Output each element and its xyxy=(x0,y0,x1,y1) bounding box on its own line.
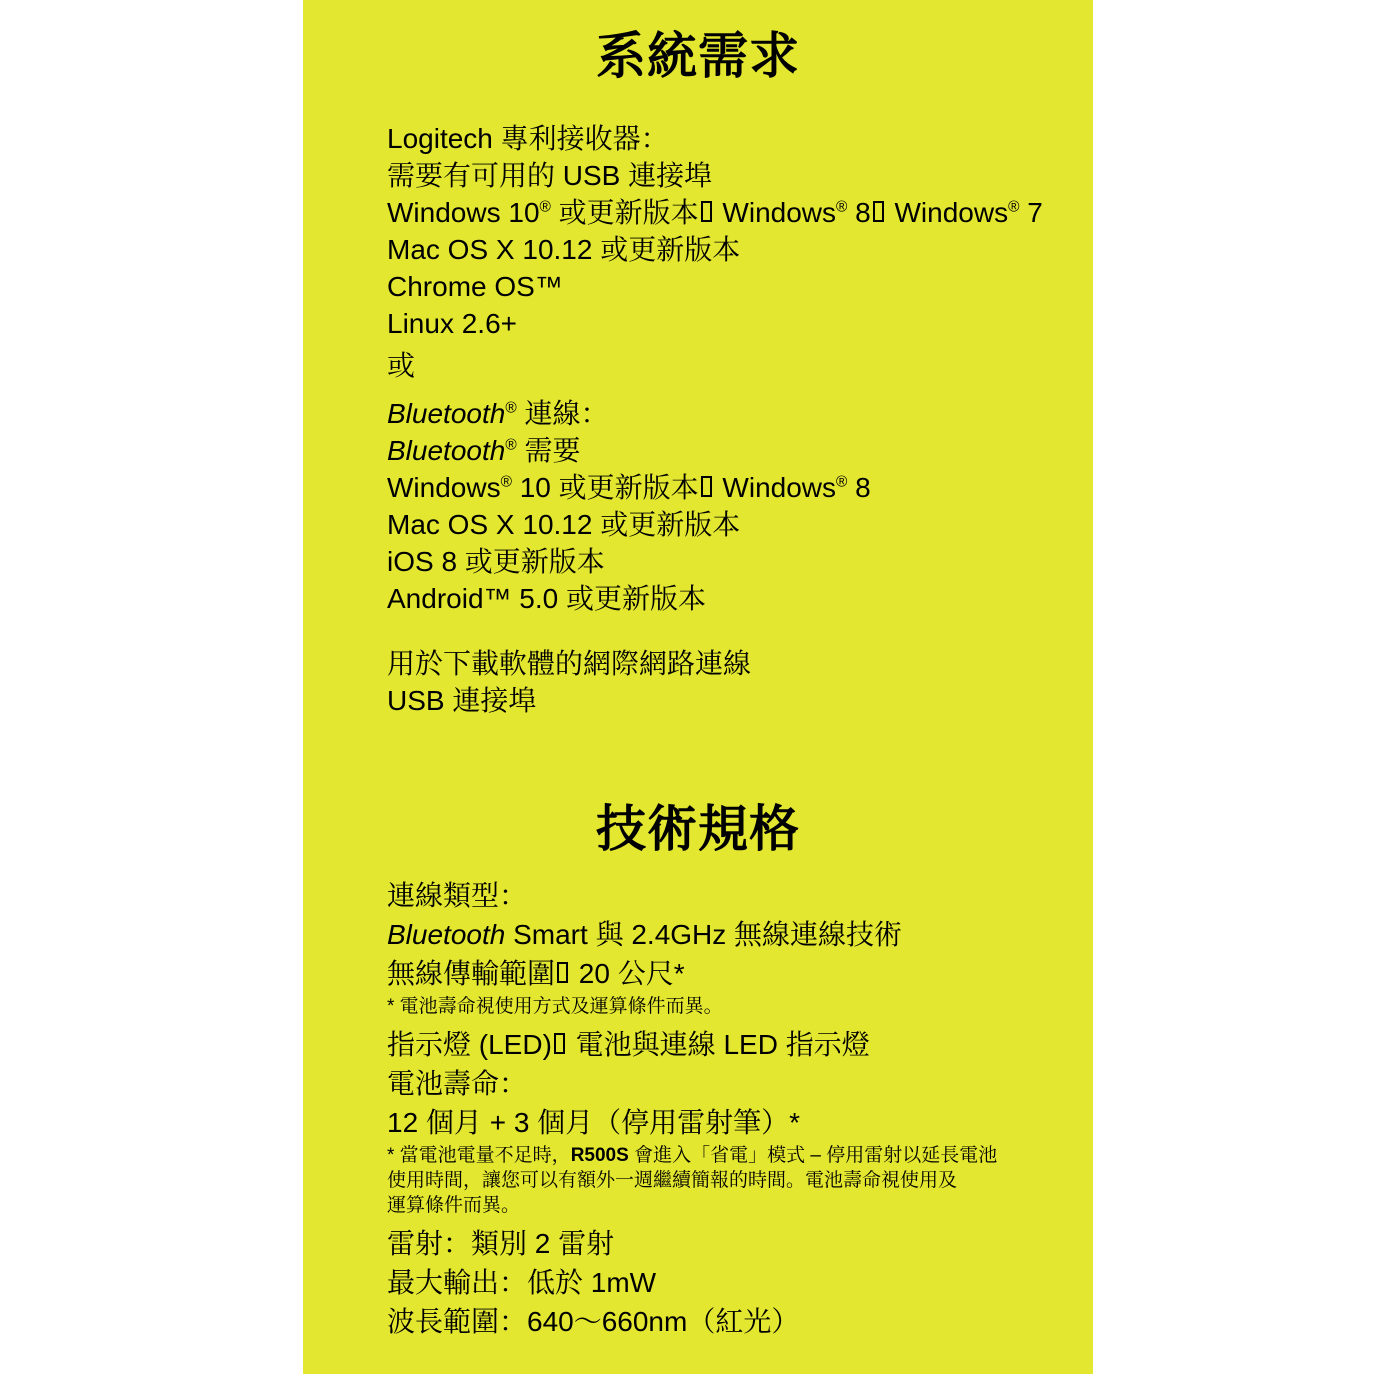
text-line: 電池壽命： xyxy=(387,1065,1049,1102)
text-segment: 用於下載軟體的網際網路連線 xyxy=(387,648,751,679)
text-segment: Windows xyxy=(887,197,1008,228)
text-line: Bluetooth® 連線： xyxy=(387,395,1049,432)
text-line: Android™ 5.0 或更新版本 xyxy=(387,580,1049,617)
text-segment: Mac OS X 10.12 或更新版本 xyxy=(387,509,740,540)
text-segment: 或更新版本 xyxy=(551,197,699,228)
text-segment: ® xyxy=(1008,199,1019,216)
text-segment: Bluetooth xyxy=(387,398,505,429)
text-segment: ® xyxy=(505,400,516,417)
tech-specs-section: 連線類型：Bluetooth Smart 與 2.4GHz 無線連線技術無線傳輸… xyxy=(303,877,1093,1340)
text-segment: Windows xyxy=(387,472,501,503)
text-segment: 連線： xyxy=(517,398,609,429)
missing-glyph-box xyxy=(554,1033,565,1054)
tech-specs-lines: 連線類型：Bluetooth Smart 與 2.4GHz 無線連線技術無線傳輸… xyxy=(387,877,1049,1340)
text-line: 雷射：類別 2 雷射 xyxy=(387,1225,1049,1262)
text-line: USB 連接埠 xyxy=(387,682,1049,719)
text-line: 需要有可用的 USB 連接埠 xyxy=(387,157,1049,194)
text-segment: 運算條件而異。 xyxy=(387,1195,520,1216)
text-line: Mac OS X 10.12 或更新版本 xyxy=(387,506,1049,543)
text-segment: 指示燈 (LED) xyxy=(387,1029,552,1060)
text-line: * 當電池電量不足時，R500S 會進入「省電」模式 – 停用雷射以延長電池 xyxy=(387,1143,1049,1168)
text-line: 波長範圍：640～660nm（紅光） xyxy=(387,1303,1049,1340)
text-segment: * 電池壽命視使用方式及運算條件而異。 xyxy=(387,996,723,1017)
text-line: 運算條件而異。 xyxy=(387,1193,1049,1218)
text-segment: Logitech 專利接收器： xyxy=(387,123,669,154)
text-segment: iOS 8 或更新版本 xyxy=(387,546,605,577)
text-segment: 需要 xyxy=(517,435,581,466)
text-segment: Linux 2.6+ xyxy=(387,308,517,339)
text-segment: 12 個月 + 3 個月（停用雷射筆）* xyxy=(387,1107,800,1138)
text-line: 無線傳輸範圍 20 公尺* xyxy=(387,955,1049,992)
text-segment: 8 xyxy=(847,472,870,503)
missing-glyph-box xyxy=(701,476,712,497)
text-segment: ® xyxy=(836,199,847,216)
text-segment: R500S xyxy=(571,1145,629,1166)
text-segment: 或 xyxy=(387,350,415,381)
text-line: Chrome OS™ xyxy=(387,268,1049,305)
text-segment: 20 公尺* xyxy=(571,958,685,989)
text-segment: 8 xyxy=(847,197,870,228)
text-segment: 最大輸出：低於 1mW xyxy=(387,1267,656,1298)
section-title-tech-specs: 技術規格 xyxy=(303,797,1093,861)
text-segment: Smart 與 2.4GHz 無線連線技術 xyxy=(505,919,902,950)
text-segment: Bluetooth xyxy=(387,435,505,466)
missing-glyph-box xyxy=(873,201,884,222)
text-segment: ® xyxy=(836,474,847,491)
text-line: * 電池壽命視使用方式及運算條件而異。 xyxy=(387,994,1049,1019)
text-segment: Windows 10 xyxy=(387,197,540,228)
text-line: 或 xyxy=(387,347,1049,384)
text-line: Logitech 專利接收器： xyxy=(387,120,1049,157)
system-requirements-lines: Logitech 專利接收器：需要有可用的 USB 連接埠Windows 10®… xyxy=(387,120,1049,719)
text-segment: 電池與連線 LED 指示燈 xyxy=(568,1029,870,1060)
text-line: 連線類型： xyxy=(387,877,1049,914)
system-requirements-section: Logitech 專利接收器：需要有可用的 USB 連接埠Windows 10®… xyxy=(303,120,1093,719)
text-segment: 波長範圍：640～660nm（紅光） xyxy=(387,1306,799,1337)
text-line: Windows® 10 或更新版本 Windows® 8 xyxy=(387,469,1049,506)
text-line: Bluetooth Smart 與 2.4GHz 無線連線技術 xyxy=(387,916,1049,953)
text-line: iOS 8 或更新版本 xyxy=(387,543,1049,580)
text-line: 使用時間，讓您可以有額外一週繼續簡報的時間。電池壽命視使用及 xyxy=(387,1168,1049,1193)
text-segment: 連線類型： xyxy=(387,880,527,911)
missing-glyph-box xyxy=(701,201,712,222)
section-title-system-requirements: 系統需求 xyxy=(303,0,1093,88)
spec-sheet-page: { "colors": { "background": "#ffffff", "… xyxy=(0,0,1400,1374)
text-segment: 需要有可用的 USB 連接埠 xyxy=(387,160,712,191)
text-segment: 會進入「省電」模式 – 停用雷射以延長電池 xyxy=(629,1145,997,1166)
text-line: Linux 2.6+ xyxy=(387,305,1049,342)
text-segment: 10 或更新版本 xyxy=(512,472,699,503)
text-segment: Windows xyxy=(715,197,836,228)
text-line: 最大輸出：低於 1mW xyxy=(387,1264,1049,1301)
text-line: Bluetooth® 需要 xyxy=(387,432,1049,469)
text-segment: 使用時間，讓您可以有額外一週繼續簡報的時間。電池壽命視使用及 xyxy=(387,1170,957,1191)
text-segment: 無線傳輸範圍 xyxy=(387,958,555,989)
text-line: 用於下載軟體的網際網路連線 xyxy=(387,645,1049,682)
text-segment: Chrome OS™ xyxy=(387,271,563,302)
text-segment: ® xyxy=(505,437,516,454)
text-segment: Windows xyxy=(715,472,836,503)
text-line: 12 個月 + 3 個月（停用雷射筆）* xyxy=(387,1104,1049,1141)
text-segment: Mac OS X 10.12 或更新版本 xyxy=(387,234,740,265)
text-line: Mac OS X 10.12 或更新版本 xyxy=(387,231,1049,268)
text-segment: 電池壽命： xyxy=(387,1068,527,1099)
blank-gap xyxy=(387,617,1049,645)
spec-panel: 系統需求 Logitech 專利接收器：需要有可用的 USB 連接埠Window… xyxy=(303,0,1093,1374)
text-segment: 雷射：類別 2 雷射 xyxy=(387,1228,614,1259)
text-segment: ® xyxy=(540,199,551,216)
text-segment: 7 xyxy=(1019,197,1042,228)
missing-glyph-box xyxy=(557,962,568,983)
text-line: 指示燈 (LED) 電池與連線 LED 指示燈 xyxy=(387,1026,1049,1063)
text-segment: ® xyxy=(501,474,512,491)
text-segment: Android™ 5.0 或更新版本 xyxy=(387,583,706,614)
text-line: Windows 10® 或更新版本 Windows® 8 Windows® 7 xyxy=(387,194,1049,231)
text-segment: * 當電池電量不足時， xyxy=(387,1145,571,1166)
text-segment: USB 連接埠 xyxy=(387,685,536,716)
text-segment: Bluetooth xyxy=(387,919,505,950)
